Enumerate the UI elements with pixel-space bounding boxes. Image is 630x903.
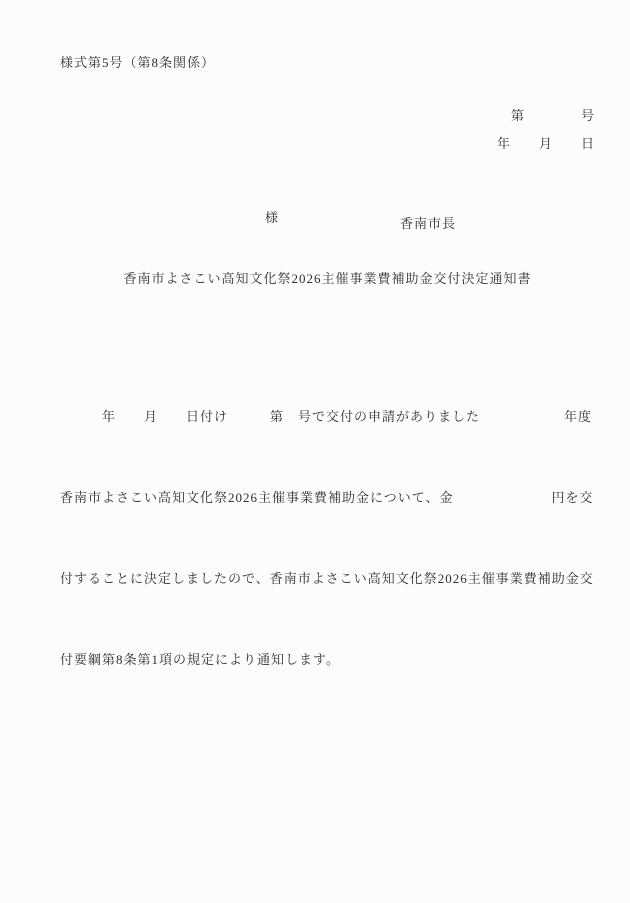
document-number-line: 第 号 <box>60 106 595 126</box>
document-page: 様式第5号（第8条関係） 第 号 年 月 日 様 香南市長 香南市よさこい高知文… <box>0 0 630 903</box>
date-line: 年 月 日 <box>60 134 595 154</box>
body-line-1: 年 月 日付け 第 号で交付の申請がありました 年度 <box>60 403 595 430</box>
sender-line: 香南市長 <box>60 214 595 234</box>
body-paragraph: 年 月 日付け 第 号で交付の申請がありました 年度 香南市よさこい高知文化祭2… <box>60 349 595 727</box>
body-line-2: 香南市よさこい高知文化祭2026主催事業費補助金について、金 円を交 <box>60 484 595 511</box>
body-line-4: 付要綱第8条第1項の規定により通知します。 <box>60 646 595 673</box>
form-number: 様式第5号（第8条関係） <box>60 53 215 73</box>
document-title: 香南市よさこい高知文化祭2026主催事業費補助金交付決定通知書 <box>60 269 595 289</box>
body-line-3: 付することに決定しましたので、香南市よさこい高知文化祭2026主催事業費補助金交 <box>60 565 595 592</box>
